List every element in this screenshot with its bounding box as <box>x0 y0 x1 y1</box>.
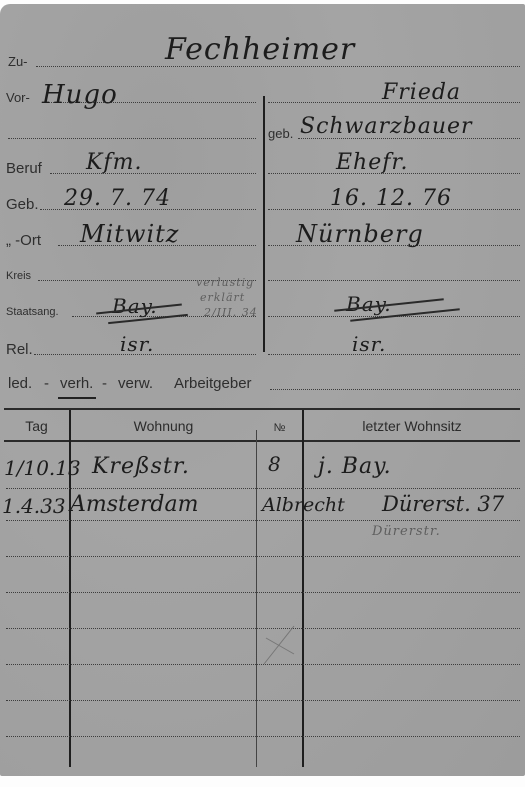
birth-place-value: Mitwitz <box>80 220 179 248</box>
occupation-value: Kfm. <box>86 150 142 175</box>
row1-day: 1/10.13 <box>4 456 81 480</box>
citizenship-label: Staatsang. <box>6 306 59 318</box>
pencil-cross-mark <box>262 624 296 666</box>
firstname-value: Hugo <box>42 80 118 110</box>
citizenship-note-line2: erklärt <box>200 291 245 304</box>
birth-date-value: 29. 7. 74 <box>64 186 171 211</box>
citizenship-note-line3: 2/III. 34 <box>204 306 258 319</box>
table-header-day: Tag <box>4 418 69 434</box>
row1-residence: Kreßstr. <box>92 454 190 479</box>
registration-card: Zu- Fechheimer Vor- Hugo Frieda geb. Sch… <box>0 4 525 776</box>
table-header-last-residence: letzter Wohnsitz <box>304 418 520 434</box>
row2-residence: Amsterdam <box>70 492 198 517</box>
religion-label: Rel. <box>6 341 33 358</box>
table-col-divider-2 <box>256 430 257 767</box>
employer-label: Arbeitgeber <box>174 375 252 392</box>
row1-number: 8 <box>268 452 282 476</box>
spouse-firstname-value: Frieda <box>382 80 461 105</box>
row2-last-residence-note: Dürerstr. <box>372 524 441 539</box>
spouse-religion-value: isr. <box>352 332 386 356</box>
table-row-line-1 <box>6 488 520 489</box>
table-row-line-7 <box>6 700 520 701</box>
birth-place-label: „ -Ort <box>6 232 41 249</box>
marital-married-option: verh. <box>60 375 93 392</box>
table-row-line-8 <box>6 736 520 737</box>
person-spouse-divider <box>263 96 265 352</box>
citizenship-note-line1: verlustig <box>196 276 254 289</box>
table-header-border <box>4 440 520 442</box>
firstname-line-2 <box>8 138 256 139</box>
spouse-birth-place-value: Nürnberg <box>296 220 424 248</box>
employer-line <box>270 389 520 390</box>
spouse-district-line <box>268 280 520 281</box>
occupation-line <box>50 173 256 174</box>
marital-married-underline <box>58 397 96 399</box>
table-col-divider-3 <box>302 410 304 767</box>
spouse-occupation-value: Ehefr. <box>336 150 408 175</box>
marital-dash-1: - <box>44 375 49 392</box>
firstname-label: Vor- <box>6 90 30 105</box>
district-label: Kreis <box>6 270 31 282</box>
table-row-line-4 <box>6 592 520 593</box>
spouse-birth-date-value: 16. 12. 76 <box>330 186 452 211</box>
row2-last-residence: Dürerst. 37 <box>382 492 504 516</box>
spouse-birth-name-value: Schwarzbauer <box>300 114 473 139</box>
marital-single-option: led. <box>8 375 32 392</box>
table-row-line-3 <box>6 556 520 557</box>
occupation-label: Beruf <box>6 160 42 177</box>
birth-name-label: geb. <box>268 126 293 141</box>
row2-number: Albrecht <box>262 494 345 516</box>
surname-value: Fechheimer <box>165 32 355 67</box>
row1-last-residence: j. Bay. <box>318 454 392 479</box>
table-header-residence: Wohnung <box>71 418 256 434</box>
row2-day: 1.4.33 <box>2 494 66 518</box>
table-row-line-2 <box>6 520 520 521</box>
spouse-religion-line <box>268 354 520 355</box>
birth-date-label: Geb. <box>6 196 39 213</box>
religion-value: isr. <box>120 332 154 356</box>
table-top-border <box>4 408 520 410</box>
marital-dash-2: - <box>102 375 107 392</box>
surname-label: Zu- <box>8 54 28 69</box>
table-header-number: № <box>257 422 302 434</box>
marital-widowed-option: verw. <box>118 375 153 392</box>
